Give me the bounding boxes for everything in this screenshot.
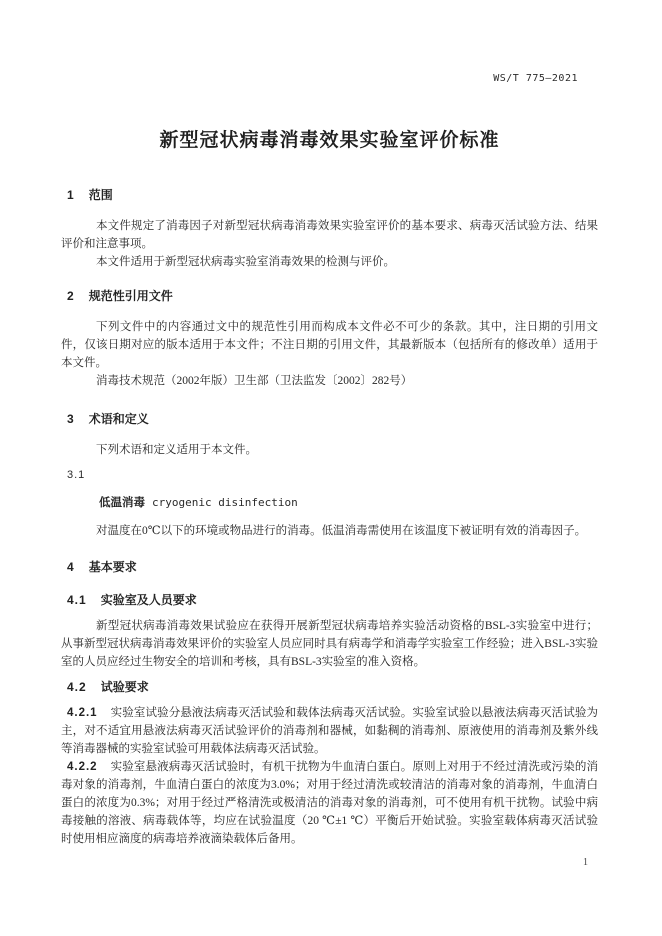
section-4-2-heading: 4.2试验要求 — [61, 678, 598, 696]
section-1-title: 范围 — [89, 188, 113, 202]
section-3-paragraph-1: 下列术语和定义适用于本文件。 — [61, 441, 598, 459]
section-2-paragraph-1: 下列文件中的内容通过文中的规范性引用而构成本文件必不可少的条款。其中，注日期的引… — [61, 318, 598, 372]
document-page: WS/T 775—2021 新型冠状病毒消毒效果实验室评价标准 1范围 本文件规… — [0, 0, 662, 936]
section-2-title: 规范性引用文件 — [89, 289, 173, 303]
clause-4-2-2-number: 4.2.2 — [67, 761, 98, 773]
section-4-heading: 4基本要求 — [61, 558, 598, 576]
clause-4-2-1-number: 4.2.1 — [67, 707, 98, 719]
section-2-heading: 2规范性引用文件 — [61, 287, 598, 305]
section-1-number: 1 — [67, 188, 75, 202]
section-4-title: 基本要求 — [89, 560, 137, 574]
section-4-1-title: 实验室及人员要求 — [101, 593, 197, 607]
term-clause-number: 3.1 — [61, 466, 598, 484]
clause-4-2-1-text: 实验室试验分悬液法病毒灭活试验和载体法病毒灭活试验。实验室试验以悬液法病毒灭活试… — [61, 707, 598, 755]
section-4-number: 4 — [67, 560, 75, 574]
section-4-1-paragraph: 新型冠状病毒消毒效果试验应在获得开展新型冠状病毒培养实验活动资格的BSL-3实验… — [61, 617, 598, 671]
section-4-2-number: 4.2 — [67, 680, 87, 694]
section-3-number: 3 — [67, 412, 75, 426]
section-1-heading: 1范围 — [61, 186, 598, 204]
term-chinese: 低温消毒 — [99, 497, 145, 509]
standard-number: WS/T 775—2021 — [61, 72, 598, 86]
section-4-2-title: 试验要求 — [101, 680, 149, 694]
term-definition: 对温度在0℃以下的环境或物品进行的消毒。低温消毒需使用在该温度下被证明有效的消毒… — [61, 522, 598, 540]
term-english: cryogenic disinfection — [152, 496, 298, 509]
section-2-number: 2 — [67, 289, 75, 303]
section-3-heading: 3术语和定义 — [61, 410, 598, 428]
document-title: 新型冠状病毒消毒效果实验室评价标准 — [61, 128, 598, 154]
section-1-paragraph-2: 本文件适用于新型冠状病毒实验室消毒效果的检测与评价。 — [61, 253, 598, 271]
term-entry: 低温消毒cryogenic disinfection — [61, 494, 598, 512]
section-2-reference: 消毒技术规范（2002年版）卫生部（卫法监发〔2002〕282号） — [61, 372, 598, 390]
section-1-paragraph-1: 本文件规定了消毒因子对新型冠状病毒消毒效果实验室评价的基本要求、病毒灭活试验方法… — [61, 217, 598, 253]
clause-4-2-2: 4.2.2实验室悬液病毒灭活试验时，有机干扰物为牛血清白蛋白。原则上对用于不经过… — [61, 758, 598, 848]
section-3-title: 术语和定义 — [89, 412, 149, 426]
section-4-1-number: 4.1 — [67, 593, 87, 607]
section-4-1-heading: 4.1实验室及人员要求 — [61, 591, 598, 609]
clause-4-2-2-text: 实验室悬液病毒灭活试验时，有机干扰物为牛血清白蛋白。原则上对用于不经过清洗或污染… — [61, 761, 598, 845]
clause-4-2-1: 4.2.1实验室试验分悬液法病毒灭活试验和载体法病毒灭活试验。实验室试验以悬液法… — [61, 704, 598, 758]
page-number: 1 — [61, 856, 598, 870]
